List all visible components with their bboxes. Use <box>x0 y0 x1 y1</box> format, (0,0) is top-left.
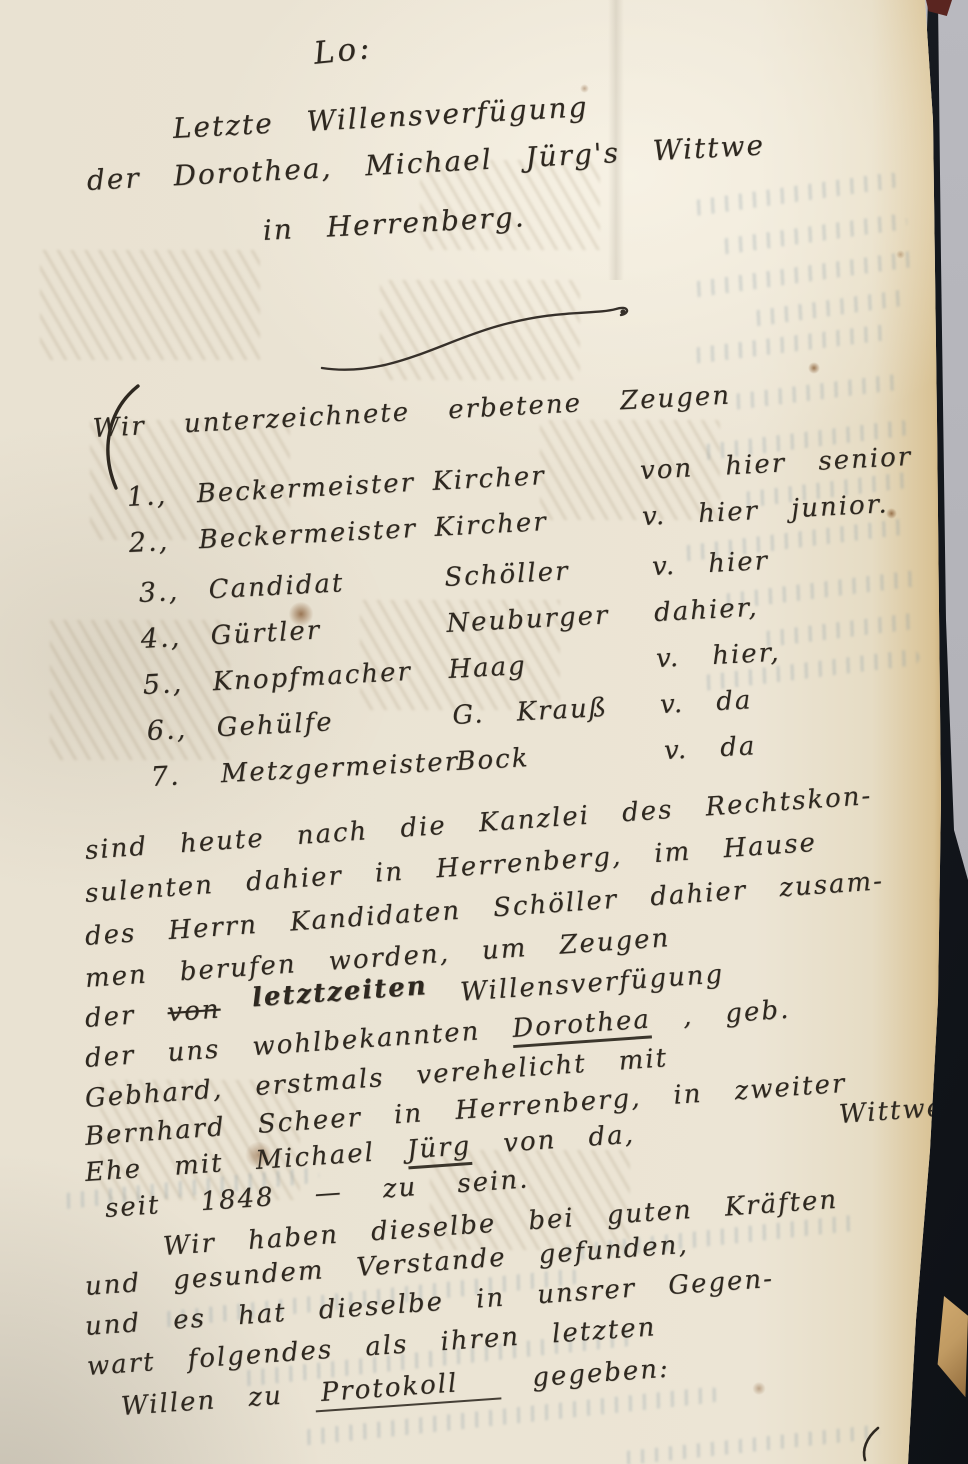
ghost-script-line <box>620 1424 880 1464</box>
ghost-script-line <box>718 213 908 255</box>
witness-name: Schöller <box>444 552 653 593</box>
struck-word: von <box>167 995 222 1029</box>
title-line-1: Letzte Willensverfügung <box>172 90 589 145</box>
witness-occupation: Candidat <box>208 563 445 605</box>
witness-number: 3., <box>138 574 210 609</box>
para1-line-5-pre: der <box>84 1000 136 1033</box>
ghost-script-line <box>690 250 920 298</box>
para1-line-8-right-word: Wittwe <box>838 1093 945 1130</box>
witness-name: Bock <box>456 736 665 777</box>
witness-name: Kircher <box>434 502 643 543</box>
ghost-script-line <box>690 324 890 364</box>
witness-place: v. da <box>663 731 757 766</box>
para2-line-5-post: gegeben: <box>531 1354 670 1394</box>
witness-number: 6., <box>146 712 218 747</box>
witness-place: dahier, <box>653 593 759 628</box>
para2-line-5-pre: Willen zu <box>120 1381 284 1422</box>
para1-line-6-post: , geb. <box>682 995 791 1032</box>
witness-number: 5., <box>142 666 214 701</box>
divider-flourish <box>318 296 648 376</box>
witness-occupation: Metzgermeister <box>220 747 457 789</box>
witness-number: 1., <box>126 478 198 513</box>
witness-number: 7. <box>150 758 222 793</box>
foxing-spot <box>752 1382 766 1395</box>
manuscript-page: Lo: Letzte Willensverfügung der Dorothea… <box>0 0 968 1464</box>
filing-mark: Lo: <box>312 30 374 72</box>
underlined-name-juerg: Jürg <box>406 1131 472 1169</box>
foxing-spot <box>808 362 820 374</box>
witness-number: 2., <box>128 524 200 559</box>
ghost-script-line <box>750 289 911 327</box>
bottom-pen-mark <box>848 1424 888 1464</box>
witness-occupation: Gehülfe <box>216 701 453 743</box>
witness-number: 4., <box>140 620 212 655</box>
ghost-script-line <box>760 612 921 647</box>
underlined-name-dorothea: Dorothea <box>511 1004 652 1048</box>
bleedthrough-hatch <box>40 250 260 360</box>
witness-place: v. hier <box>651 546 769 582</box>
ghost-script-line <box>690 171 900 216</box>
foxing-spot <box>896 250 905 259</box>
witness-place: v. da <box>659 685 753 720</box>
para1-line-5-post: Willensverfügung <box>459 959 725 1007</box>
ghost-script-line <box>730 374 901 411</box>
